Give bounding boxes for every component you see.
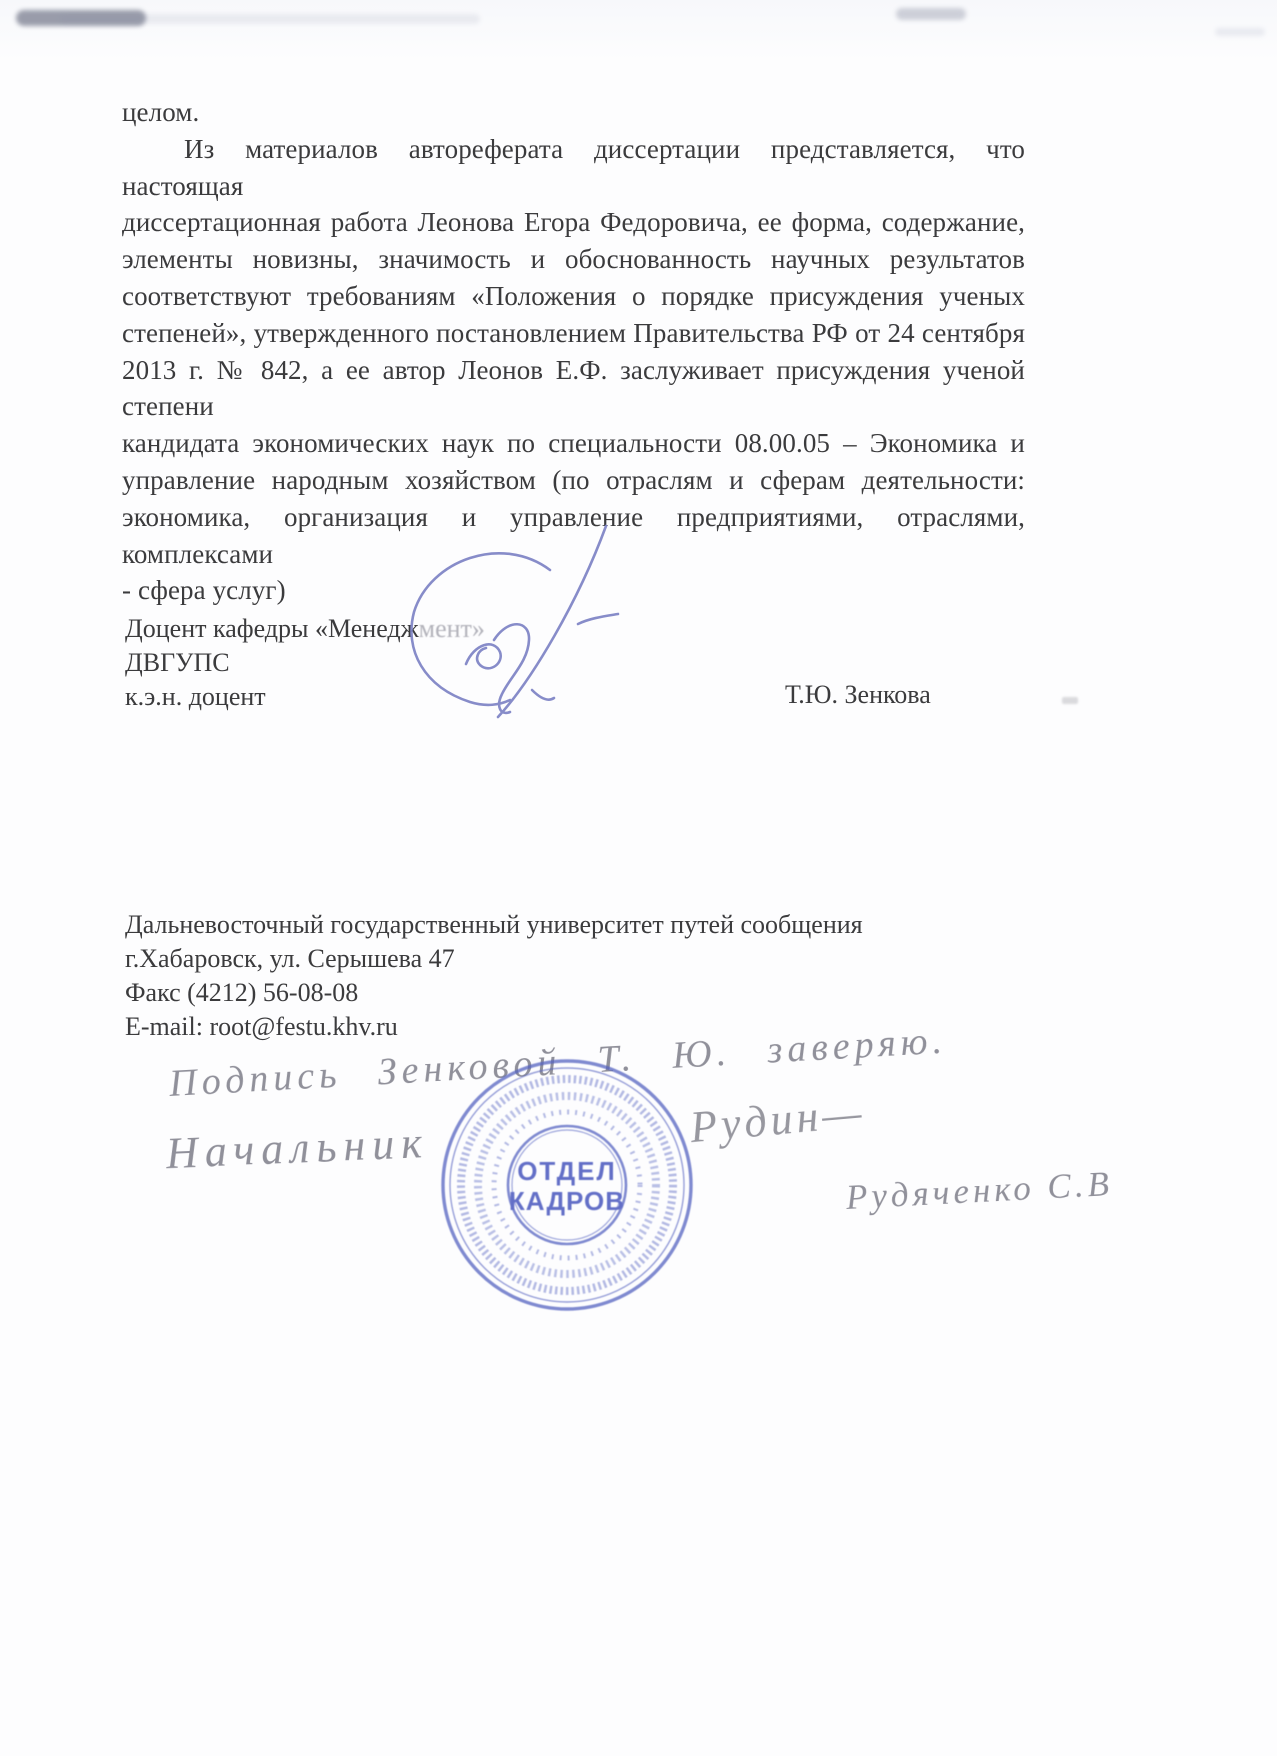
handwritten-title: Начальник <box>165 1117 430 1179</box>
paragraph-line: диссертационная работа Леонова Егора Фед… <box>122 204 1025 241</box>
contacts-block: Дальневосточный государственный универси… <box>125 908 863 1044</box>
handwritten-surname: Рудяченко С.В <box>845 1164 1114 1218</box>
paragraph-line: элементы новизны, значимость и обоснован… <box>122 241 1025 278</box>
paragraph-line: кандидата экономических наук по специаль… <box>122 425 1025 462</box>
contact-address: г.Хабаровск, ул. Серышева 47 <box>125 942 863 976</box>
scan-smudge-top-right <box>896 8 966 20</box>
scan-smudge-streak <box>60 14 480 24</box>
stamp-text-line1: ОТДЕЛ <box>517 1156 617 1186</box>
signatory-role-line1-main: Доцент кафедры «Менедж <box>125 614 419 643</box>
paragraph-line: 2013 г. № 842, а ее автор Леонов Е.Ф. за… <box>122 352 1025 426</box>
stamp-text-line2: КАДРОВ <box>509 1186 625 1216</box>
reviewer-signature-ink <box>382 512 662 727</box>
paragraph-line: управление народным хозяйством (по отрас… <box>122 462 1025 499</box>
paragraph-fragment: целом. <box>122 94 1025 131</box>
handwritten-signature-scrawl: Рудин— <box>688 1087 867 1153</box>
scan-artifact-dash <box>1062 697 1078 704</box>
scanned-document-page: целом. Из материалов автореферата диссер… <box>0 0 1277 1756</box>
reviewer-name: Т.Ю. Зенкова <box>785 680 931 710</box>
paragraph-line: Из материалов автореферата диссертации п… <box>122 131 1025 205</box>
contact-university: Дальневосточный государственный универси… <box>125 908 863 942</box>
hr-department-stamp: ОТДЕЛ КАДРОВ <box>436 1054 698 1316</box>
contact-fax: Факс (4212) 56-08-08 <box>125 976 863 1010</box>
scan-smudge-top-far-right <box>1215 28 1265 36</box>
paragraph-line: степеней», утвержденного постановлением … <box>122 315 1025 352</box>
paragraph-line: соответствуют требованиям «Положения о п… <box>122 278 1025 315</box>
